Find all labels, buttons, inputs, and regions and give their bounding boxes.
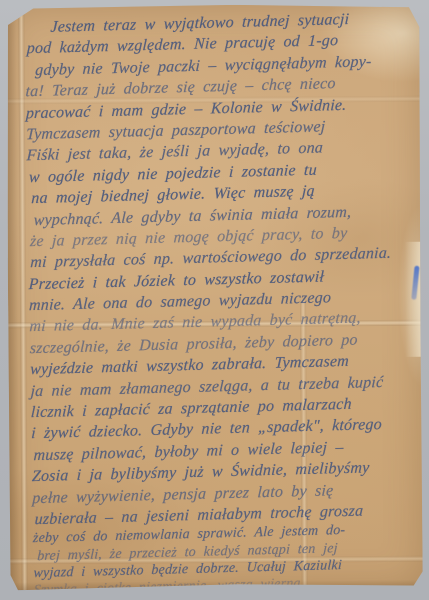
letter-page: Jestem teraz w wyjątkowo trudnej sytuacj… xyxy=(6,4,423,591)
handwriting-lines: Jestem teraz w wyjątkowo trudnej sytuacj… xyxy=(24,11,422,590)
